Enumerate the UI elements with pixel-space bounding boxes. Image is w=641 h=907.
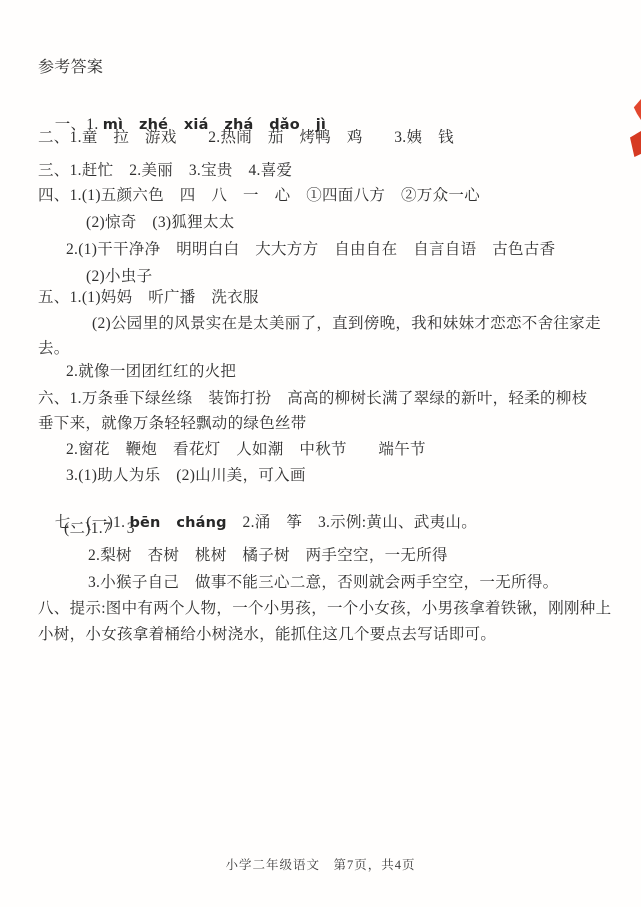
answer-line-section4-q2: 2.(1)干干净净 明明白白 大大方方 自由自在 自言自语 古色古香 (66, 239, 555, 260)
answer-line-section5-q2: 2.就像一团团红红的火把 (66, 361, 236, 382)
page-title: 参考答案 (38, 57, 103, 78)
section7-pinyin-answers: bēn cháng (129, 515, 226, 531)
red-torn-edge-mark-top (632, 99, 641, 120)
answer-line-section6-q3: 3.(1)助人为乐 (2)山川美，可入画 (66, 465, 306, 486)
answer-line-section5-q1-wrap: 去。 (38, 338, 70, 359)
section7-rest: 2.涌 筝 3.示例:黄山、武夷山。 (227, 514, 477, 531)
answer-line-section6-q2: 2.窗花 鞭炮 看花灯 人如潮 中秋节 端午节 (66, 439, 426, 460)
answer-line-section4-q1: 四、1.(1)五颜六色 四 八 一 心 ①四面八方 ②万众一心 (38, 185, 480, 206)
answer-line-section8: 八、提示:图中有两个人物，一个小男孩，一个小女孩，小男孩拿着铁锹，刚刚种上 (38, 598, 611, 619)
answer-line-section3: 三、1.赶忙 2.美丽 3.宝贵 4.喜爱 (38, 160, 292, 181)
answer-line-section2: 二、1.童 拉 游戏 2.热闹 茄 烤鸭 鸡 3.姨 钱 (38, 127, 454, 148)
answer-line-section7-part2-q2: 2.梨树 杏树 桃树 橘子树 两手空空，一无所得 (88, 545, 448, 566)
red-torn-edge-mark-bottom (630, 131, 641, 157)
answer-line-section7-part2-q3: 3.小猴子自己 做事不能三心二意，否则就会两手空空，一无所得。 (88, 572, 558, 593)
answer-line-section4-q1-cont: (2)惊奇 (3)狐狸太太 (86, 212, 235, 233)
answer-line-section6-q1-wrap: 垂下来，就像万条轻轻飘动的绿色丝带 (38, 413, 307, 434)
answer-line-section5-q1: 五、1.(1)妈妈 听广播 洗衣服 (38, 287, 259, 308)
answer-line-section6-q1: 六、1.万条垂下绿丝绦 装饰打扮 高高的柳树长满了翠绿的新叶，轻柔的柳枝 (38, 388, 587, 409)
answer-line-section5-q1-part2: (2)公园里的风景实在是太美丽了，直到傍晚，我和妹妹才恋恋不舍往家走 (92, 313, 601, 334)
answer-sheet-page: 参考答案 一、1. mì zhé xiá zhá dǎo jì 二、1.童 拉 … (0, 0, 641, 907)
answer-line-section4-q2-cont: (2)小虫子 (86, 266, 152, 287)
answer-line-section8-wrap: 小树，小女孩拿着桶给小树浇水，能抓住这几个要点去写话即可。 (38, 624, 496, 645)
answer-line-section7-part2-q1: (二)1.7 3 (64, 518, 135, 539)
page-footer: 小学二年级语文 第7页，共4页 (0, 855, 641, 873)
